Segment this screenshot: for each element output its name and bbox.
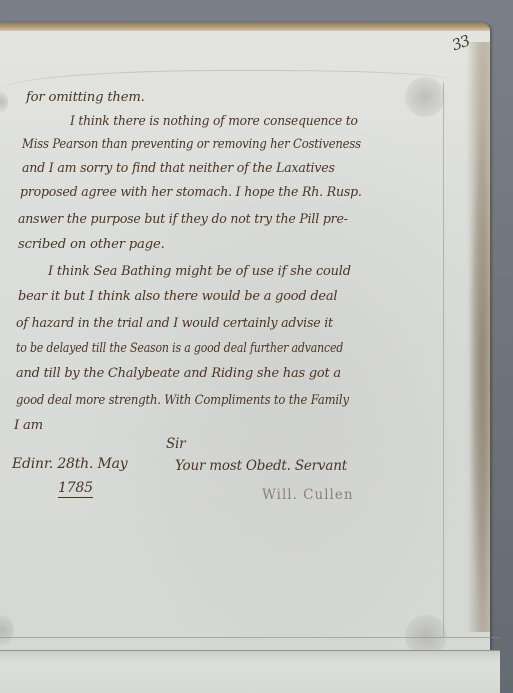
letter-line: Miss Pearson than preventing or removing…	[22, 137, 361, 152]
letter-line: of hazard in the trial and I would certa…	[16, 316, 333, 331]
letter-line: bear it but I think also there would be …	[18, 289, 337, 304]
valediction: Your most Obedt. Servant	[175, 458, 347, 474]
document-viewer: 33 for omitting them. I think there is n…	[0, 0, 513, 693]
letter-line: I am	[14, 418, 43, 433]
salutation: Sir	[166, 436, 185, 452]
dateline-place-date: Edinr. 28th. May	[12, 456, 127, 472]
letter-line: and till by the Chalybeate and Riding sh…	[16, 366, 341, 381]
dateline-year: 1785	[58, 480, 93, 498]
letter-line: and I am sorry to find that neither of t…	[22, 161, 335, 176]
letter-line: answer the purpose but if they do not tr…	[18, 212, 348, 227]
letter-line: good deal more strength. With Compliment…	[16, 393, 349, 408]
letter-line: I think Sea Bathing might be of use if s…	[48, 264, 351, 279]
letter-text: for omitting them. I think there is noth…	[0, 0, 513, 693]
letter-line: to be delayed till the Season is a good …	[16, 341, 343, 356]
letter-line: scribed on other page.	[18, 237, 165, 252]
letter-line: I think there is nothing of more consequ…	[70, 114, 358, 129]
signature: Will. Cullen	[262, 487, 354, 503]
letter-line: for omitting them.	[26, 90, 145, 105]
letter-line: proposed agree with her stomach. I hope …	[20, 185, 362, 200]
